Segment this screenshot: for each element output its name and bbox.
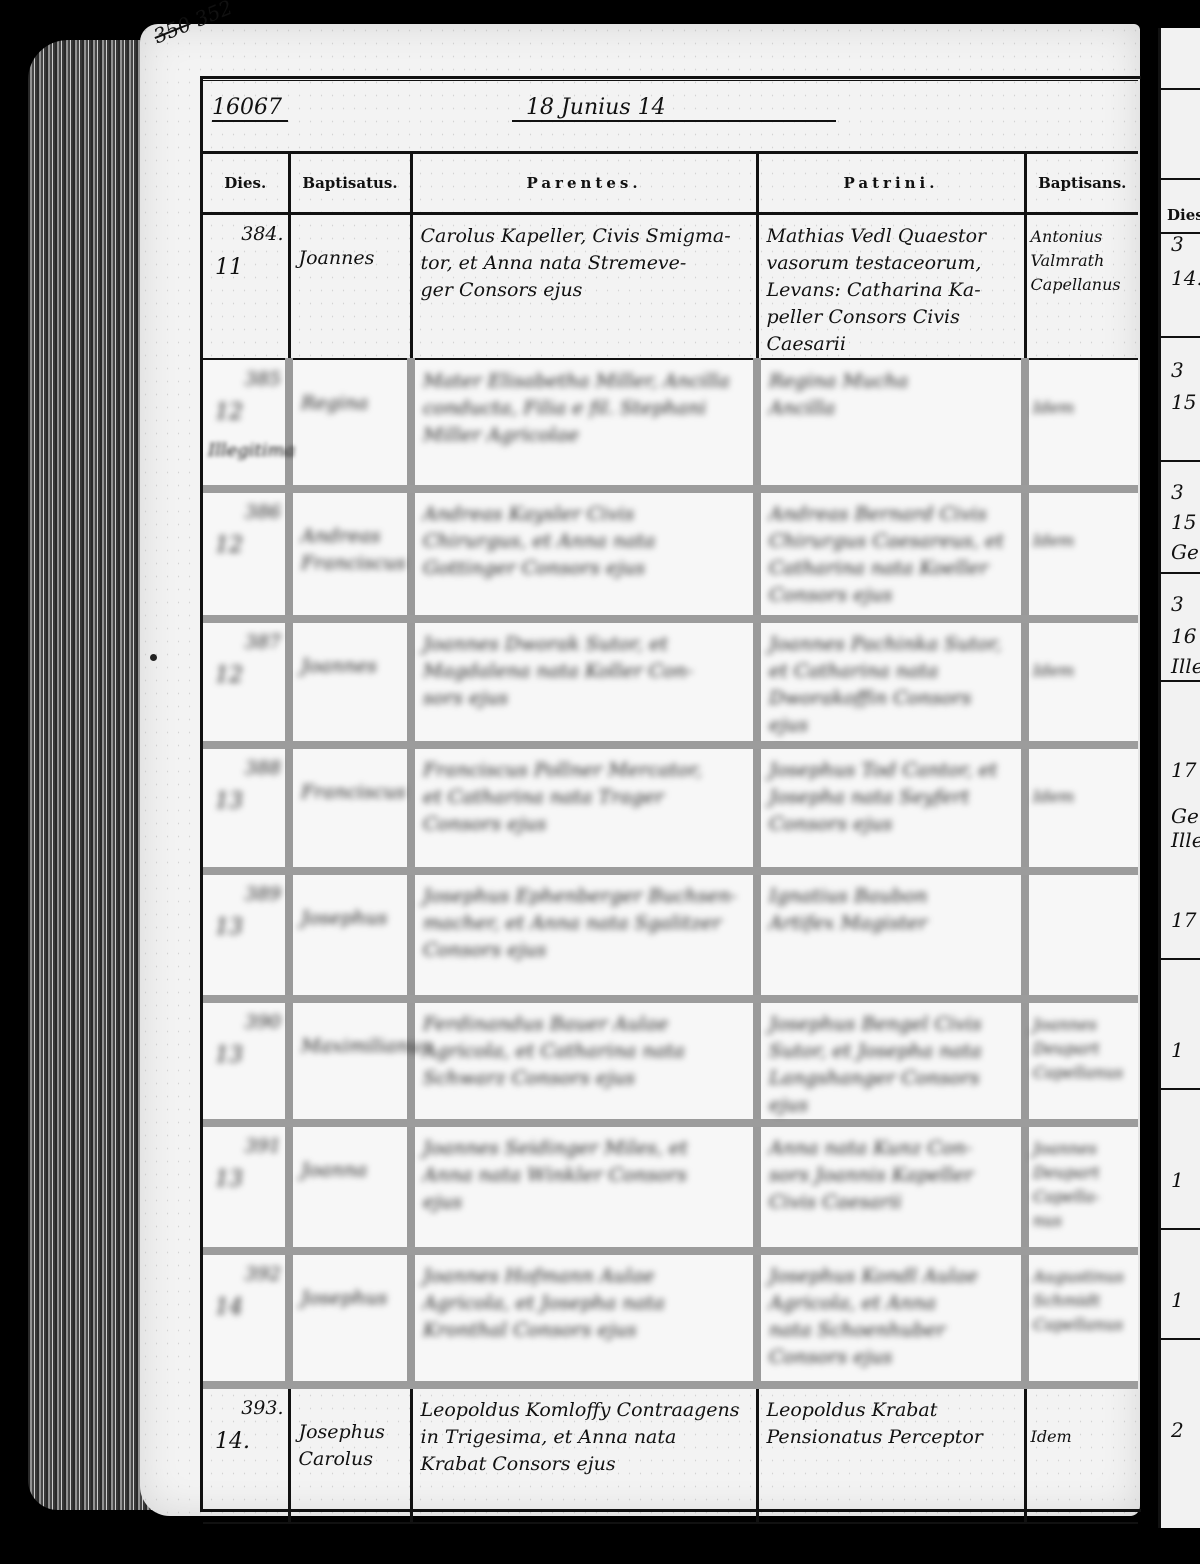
parentes-line: Schwarz Consors ejus xyxy=(423,1065,745,1092)
patrini-line: peller Consors Civis xyxy=(767,304,1016,331)
cell-baptisans xyxy=(1025,871,1138,999)
baptisans-line: Augustinus xyxy=(1033,1265,1134,1289)
table-row: 39113JoannaJoannes Seidinger Miles, etAn… xyxy=(203,1123,1138,1251)
officiant-text xyxy=(1029,875,1138,885)
patrini-line: Levans: Catharina Ka- xyxy=(767,277,1016,304)
godparents-text: Leopoldus KrabatPensionatus Perceptor xyxy=(759,1389,1024,1451)
parentes-line: conducta, Filia e fil. Stephani xyxy=(423,395,745,422)
cell-parentes: Leopoldus Komloffy Contraagensin Trigesi… xyxy=(411,1385,757,1523)
patrini-line: Artifex Magister xyxy=(769,910,1013,937)
cell-baptisatus: Maximilianus xyxy=(289,999,411,1123)
cell-patrini: Ignatius BaubonArtifex Magister xyxy=(757,871,1025,999)
parents-text: Franciscus Pollner Mercator,et Catharina… xyxy=(415,749,753,838)
cell-dies: 38913 xyxy=(203,871,289,999)
parentes-line: Mater Elisabetha Miller, Ancilla xyxy=(423,368,745,395)
parentes-line: Anna nata Winkler Consors xyxy=(423,1162,745,1189)
adjacent-fragment: 17 xyxy=(1171,908,1196,932)
adjacent-fragment: Geme xyxy=(1171,540,1200,564)
baptized-name: Josephus Carolus xyxy=(291,1389,410,1473)
parentes-line: Joannes Dworak Sutor, et xyxy=(423,631,745,658)
table-row: 38813FranciscusFranciscus Pollner Mercat… xyxy=(203,745,1138,871)
godparents-text: Josephus Kondl AulaeAgricola, et Annanat… xyxy=(761,1255,1021,1371)
adjacent-fragment: Gem xyxy=(1171,804,1200,828)
godparents-text: Mathias Vedl Quaestorvasorum testaceorum… xyxy=(759,215,1024,358)
patrini-line: vasorum testaceorum, xyxy=(767,250,1016,277)
godparents-text: Regina MuchaAncilla xyxy=(761,360,1021,422)
patrini-line: Consors ejus xyxy=(769,582,1013,609)
parentes-line: Consors ejus xyxy=(423,937,745,964)
table-row: 38712JoannesJoannes Dworak Sutor, etMagd… xyxy=(203,619,1138,745)
entry-day: 13 xyxy=(203,1033,285,1068)
baptisans-line: Idem xyxy=(1033,659,1134,683)
cell-baptisans: Idem xyxy=(1025,619,1138,745)
baptized-name: Regina xyxy=(293,360,407,417)
entry-day: 13 xyxy=(203,1157,285,1192)
baptism-register-table: Dies. Baptisatus. Parentes. Patrini. Bap… xyxy=(203,151,1138,1524)
patrini-line: Consors ejus xyxy=(769,811,1013,838)
patrini-line: Chirurgus Caesareus, et xyxy=(769,528,1013,555)
adjacent-fragment: 15 xyxy=(1171,390,1196,414)
parents-text: Joannes Seidinger Miles, etAnna nata Win… xyxy=(415,1127,753,1216)
parentes-line: Chirurgus, et Anna nata xyxy=(423,528,745,555)
parents-text: Leopoldus Komloffy Contraagensin Trigesi… xyxy=(413,1389,756,1478)
entry-number: 391 xyxy=(203,1127,285,1157)
parents-text: Carolus Kapeller, Civis Smigma-tor, et A… xyxy=(413,215,756,304)
adjacent-fragment: Ille xyxy=(1171,654,1200,678)
parentes-line: sors ejus xyxy=(423,685,745,712)
cell-baptisatus: Josephus xyxy=(289,1251,411,1385)
cell-baptisatus: Franciscus xyxy=(289,745,411,871)
baptisans-line: Capellanus xyxy=(1031,273,1135,297)
cell-patrini: Regina MuchaAncilla xyxy=(757,359,1025,489)
parentes-line: Magdalena nata Koller Con- xyxy=(423,658,745,685)
cell-baptisans: JoannesDeupartCapella-nus xyxy=(1025,1123,1138,1251)
entry-number: 389 xyxy=(203,875,285,905)
cell-baptisatus: Regina xyxy=(289,359,411,489)
cell-patrini: Mathias Vedl Quaestorvasorum testaceorum… xyxy=(757,214,1025,360)
parentes-line: Agricola, et Catharina nata xyxy=(423,1038,745,1065)
adjacent-fragment: 3 xyxy=(1171,232,1184,256)
godparents-text: Ignatius BaubonArtifex Magister xyxy=(761,875,1021,937)
adjacent-fragment: 1 xyxy=(1171,1038,1184,1062)
patrini-line: Leopoldus Krabat xyxy=(767,1397,1016,1424)
column-header-baptisans: Baptisans. xyxy=(1025,153,1138,214)
parents-text: Andreas Kaysler CivisChirurgus, et Anna … xyxy=(415,493,753,582)
adjacent-fragment: 15 xyxy=(1171,510,1196,534)
officiant-text: AugustinusSchmidtCapellanus xyxy=(1029,1255,1138,1337)
entry-day: 14 xyxy=(203,1285,285,1320)
cell-baptisatus: Joannes xyxy=(289,214,411,360)
patrini-line: Ignatius Baubon xyxy=(769,883,1013,910)
baptized-name: Josephus xyxy=(293,875,407,932)
cell-dies: 39113 xyxy=(203,1123,289,1251)
cell-baptisans: Idem xyxy=(1025,359,1138,489)
entry-number: 393. xyxy=(203,1389,288,1419)
table-row: 38512ReginaMater Elisabetha Miller, Anci… xyxy=(203,359,1138,489)
cell-baptisatus: Josephus Carolus xyxy=(289,1385,411,1523)
patrini-line: Josephus Kondl Aulae xyxy=(769,1263,1013,1290)
paper-hole xyxy=(150,654,157,661)
parentes-line: et Catharina nata Trager xyxy=(423,784,745,811)
cell-baptisans: Idem xyxy=(1025,745,1138,871)
adjacent-fragment: 3 xyxy=(1171,592,1184,616)
baptisans-line: Joannes xyxy=(1033,1137,1134,1161)
patrini-line: nata Schoenhuber xyxy=(769,1317,1013,1344)
cell-parentes: Andreas Kaysler CivisChirurgus, et Anna … xyxy=(411,489,757,619)
patrini-line: Anna nata Kunz Con- xyxy=(769,1135,1013,1162)
baptisans-line: Capellanus xyxy=(1033,1313,1134,1337)
parentes-line: tor, et Anna nata Stremeve- xyxy=(421,250,748,277)
patrini-line: Mathias Vedl Quaestor xyxy=(767,223,1016,250)
table-row: 393.14.Josephus CarolusLeopoldus Komloff… xyxy=(203,1385,1138,1523)
cell-baptisans: AntoniusValmrathCapellanus xyxy=(1025,214,1138,360)
cell-patrini: Josephus Kondl AulaeAgricola, et Annanat… xyxy=(757,1251,1025,1385)
cell-baptisatus: Joanna xyxy=(289,1123,411,1251)
patrini-line: ejus xyxy=(769,1092,1013,1119)
baptisans-line: Capellanus xyxy=(1033,1061,1134,1085)
cell-baptisatus: Andreas Franciscus xyxy=(289,489,411,619)
baptized-name: Joanna xyxy=(293,1127,407,1184)
cell-dies: 38512 xyxy=(203,359,289,489)
cell-parentes: Josephus Ephenberger Buchsen-macher, et … xyxy=(411,871,757,999)
entry-number: 387 xyxy=(203,623,285,653)
entry-day: 11 xyxy=(203,245,288,280)
adjacent-fragment: 1 xyxy=(1171,1288,1184,1312)
baptisans-line: nus xyxy=(1033,1209,1134,1233)
entry-number: 384. xyxy=(203,215,288,245)
entry-number: 388 xyxy=(203,749,285,779)
cell-parentes: Mater Elisabetha Miller, Ancillaconducta… xyxy=(411,359,757,489)
entry-day: 13 xyxy=(203,905,285,940)
parents-text: Mater Elisabetha Miller, Ancillaconducta… xyxy=(415,360,753,449)
patrini-line: Josepha nata Seyfert xyxy=(769,784,1013,811)
patrini-line: sors Joannis Kapeller xyxy=(769,1162,1013,1189)
officiant-text: Idem xyxy=(1029,749,1138,809)
officiant-text: JoannesDeupartCapellanus xyxy=(1029,1003,1138,1085)
godparents-text: Josephus Bengel CivisSutor, et Josepha n… xyxy=(761,1003,1021,1119)
cell-dies: 38712 xyxy=(203,619,289,745)
cell-dies: 393.14. xyxy=(203,1385,289,1523)
parentes-line: Krabat Consors ejus xyxy=(421,1451,748,1478)
entry-number: 385 xyxy=(203,360,285,390)
cell-patrini: Andreas Bernard CivisChirurgus Caesareus… xyxy=(757,489,1025,619)
cell-patrini: Josephus Bengel CivisSutor, et Josepha n… xyxy=(757,999,1025,1123)
margin-note-illegitima: Illegitima xyxy=(208,440,295,461)
frame-double-line xyxy=(203,80,1138,81)
cell-parentes: Joannes Dworak Sutor, etMagdalena nata K… xyxy=(411,619,757,745)
entry-number: 390 xyxy=(203,1003,285,1033)
cell-baptisatus: Joannes xyxy=(289,619,411,745)
godparents-text: Anna nata Kunz Con-sors Joannis Kapeller… xyxy=(761,1127,1021,1216)
baptisans-line: Idem xyxy=(1033,785,1134,809)
parentes-line: Consors ejus xyxy=(423,811,745,838)
parentes-line: Miller Agricolae xyxy=(423,422,745,449)
column-header-dies: Dies. xyxy=(203,153,289,214)
entry-number: 392 xyxy=(203,1255,285,1285)
baptisans-line: Idem xyxy=(1031,1425,1135,1449)
patrini-line: Ancilla xyxy=(769,395,1013,422)
cell-baptisans: Idem xyxy=(1025,1385,1138,1523)
parentes-line: ger Consors ejus xyxy=(421,277,748,304)
cell-dies: 384.11 xyxy=(203,214,289,360)
baptisans-line: Schmidt xyxy=(1033,1289,1134,1313)
book-page-edges xyxy=(28,40,158,1510)
adjacent-fragment: 1 xyxy=(1171,1168,1184,1192)
patrini-line: Caesarii xyxy=(767,331,1016,358)
cell-parentes: Joannes Seidinger Miles, etAnna nata Win… xyxy=(411,1123,757,1251)
baptisans-line: Idem xyxy=(1033,529,1134,553)
adjacent-fragment: Illeg xyxy=(1171,828,1200,852)
patrini-line: Josephus Tod Cantor, et xyxy=(769,757,1013,784)
parentes-line: macher, et Anna nata Sgalitzer xyxy=(423,910,745,937)
patrini-line: Joannes Pachinka Sutor, xyxy=(769,631,1013,658)
parentes-line: Carolus Kapeller, Civis Smigma- xyxy=(421,223,748,250)
parents-text: Ferdinandus Bauer AulaeAgricola, et Cath… xyxy=(415,1003,753,1092)
adjacent-fragment: 3 xyxy=(1171,358,1184,382)
cell-parentes: Franciscus Pollner Mercator,et Catharina… xyxy=(411,745,757,871)
patrini-line: Catharina nata Koeller xyxy=(769,555,1013,582)
cell-patrini: Josephus Tod Cantor, etJosepha nata Seyf… xyxy=(757,745,1025,871)
parentes-line: Ferdinandus Bauer Aulae xyxy=(423,1011,745,1038)
patrini-line: Consors ejus xyxy=(769,1344,1013,1371)
patrini-line: Sutor, et Josepha nata xyxy=(769,1038,1013,1065)
column-header-parentes: Parentes. xyxy=(411,153,757,214)
patrini-line: Andreas Bernard Civis xyxy=(769,501,1013,528)
patrini-line: Pensionatus Perceptor xyxy=(767,1424,1016,1451)
table-row: 39013MaximilianusFerdinandus Bauer Aulae… xyxy=(203,999,1138,1123)
parentes-line: Joannes Hofmann Aulae xyxy=(423,1263,745,1290)
officiant-text: Idem xyxy=(1029,360,1138,420)
parents-text: Joannes Dworak Sutor, etMagdalena nata K… xyxy=(415,623,753,712)
baptized-name: Maximilianus xyxy=(293,1003,407,1060)
godparents-text: Joannes Pachinka Sutor,et Catharina nata… xyxy=(761,623,1021,739)
patrini-line: Josephus Bengel Civis xyxy=(769,1011,1013,1038)
cell-parentes: Joannes Hofmann AulaeAgricola, et Joseph… xyxy=(411,1251,757,1385)
column-header-baptisatus: Baptisatus. xyxy=(289,153,411,214)
cell-baptisans: AugustinusSchmidtCapellanus xyxy=(1025,1251,1138,1385)
patrini-line: ejus xyxy=(769,712,1013,739)
parentes-line: Leopoldus Komloffy Contraagens xyxy=(421,1397,748,1424)
adjacent-page: Dies. 3 14. 3 15 3 15 Geme 3 16 Ille 17 … xyxy=(1158,28,1200,1528)
entry-day: 14. xyxy=(203,1419,288,1454)
cell-parentes: Carolus Kapeller, Civis Smigma-tor, et A… xyxy=(411,214,757,360)
officiant-text: Idem xyxy=(1029,493,1138,553)
parentes-line: in Trigesima, et Anna nata xyxy=(421,1424,748,1451)
adjacent-fragment: 16 xyxy=(1171,624,1196,648)
entry-number: 386 xyxy=(203,493,285,523)
column-header-patrini: Patrini. xyxy=(757,153,1025,214)
header-date: 18 Junius 14 xyxy=(512,96,836,122)
parentes-line: ejus xyxy=(423,1189,745,1216)
cell-dies: 38612 xyxy=(203,489,289,619)
cell-baptisans: Idem xyxy=(1025,489,1138,619)
adjacent-fragment: 2 xyxy=(1171,1418,1184,1442)
parentes-line: Kronthal Consors ejus xyxy=(423,1317,745,1344)
parents-text: Josephus Ephenberger Buchsen-macher, et … xyxy=(415,875,753,964)
entry-day: 12 xyxy=(203,523,285,558)
patrini-line: Langshanger Consors xyxy=(769,1065,1013,1092)
baptisans-line: Deupart xyxy=(1033,1037,1134,1061)
parentes-line: Josephus Ephenberger Buchsen- xyxy=(423,883,745,910)
officiant-text: Idem xyxy=(1029,623,1138,683)
adjacent-fragment: 17 xyxy=(1171,758,1196,782)
cell-patrini: Joannes Pachinka Sutor,et Catharina nata… xyxy=(757,619,1025,745)
parentes-line: Andreas Kaysler Civis xyxy=(423,501,745,528)
cell-baptisans: JoannesDeupartCapellanus xyxy=(1025,999,1138,1123)
officiant-text: AntoniusValmrathCapellanus xyxy=(1027,215,1139,297)
table-row: 39214JosephusJoannes Hofmann AulaeAgrico… xyxy=(203,1251,1138,1385)
cell-patrini: Anna nata Kunz Con-sors Joannis Kapeller… xyxy=(757,1123,1025,1251)
parents-text: Joannes Hofmann AulaeAgricola, et Joseph… xyxy=(415,1255,753,1344)
godparents-text: Andreas Bernard CivisChirurgus Caesareus… xyxy=(761,493,1021,609)
entry-day: 13 xyxy=(203,779,285,814)
table-row: 384.11JoannesCarolus Kapeller, Civis Smi… xyxy=(203,214,1138,360)
adjacent-fragment: 14. xyxy=(1171,266,1200,290)
entry-day: 12 xyxy=(203,653,285,688)
entry-day: 12 xyxy=(203,390,285,425)
patrini-line: Civis Caesarii xyxy=(769,1189,1013,1216)
parentes-line: Gottinger Consors ejus xyxy=(423,555,745,582)
parentes-line: Joannes Seidinger Miles, et xyxy=(423,1135,745,1162)
baptisans-line: Antonius xyxy=(1031,225,1135,249)
table-row: 38913JosephusJosephus Ephenberger Buchse… xyxy=(203,871,1138,999)
baptized-name: Joannes xyxy=(293,623,407,680)
cell-parentes: Ferdinandus Bauer AulaeAgricola, et Cath… xyxy=(411,999,757,1123)
baptisans-line: Capella- xyxy=(1033,1185,1134,1209)
parentes-line: Franciscus Pollner Mercator, xyxy=(423,757,745,784)
cell-dies: 39013 xyxy=(203,999,289,1123)
cell-dies: 38813 xyxy=(203,745,289,871)
patrini-line: Agricola, et Anna xyxy=(769,1290,1013,1317)
parentes-line: Agricola, et Josepha nata xyxy=(423,1290,745,1317)
baptized-name: Franciscus xyxy=(293,749,407,806)
baptized-name: Josephus xyxy=(293,1255,407,1312)
cell-patrini: Leopoldus KrabatPensionatus Perceptor xyxy=(757,1385,1025,1523)
adjacent-column-header: Dies. xyxy=(1167,206,1200,224)
officiant-text: Idem xyxy=(1027,1389,1139,1449)
baptisans-line: Idem xyxy=(1033,396,1134,420)
table-header-row: Dies. Baptisatus. Parentes. Patrini. Bap… xyxy=(203,153,1138,214)
baptisans-line: Deupart xyxy=(1033,1161,1134,1185)
patrini-line: et Catharina nata xyxy=(769,658,1013,685)
patrini-line: Regina Mucha xyxy=(769,368,1013,395)
table-row: 38612Andreas FranciscusAndreas Kaysler C… xyxy=(203,489,1138,619)
register-number: 16067 xyxy=(212,96,288,122)
baptisans-line: Valmrath xyxy=(1031,249,1135,273)
cell-baptisatus: Josephus xyxy=(289,871,411,999)
godparents-text: Josephus Tod Cantor, etJosepha nata Seyf… xyxy=(761,749,1021,838)
baptized-name: Joannes xyxy=(291,215,410,272)
adjacent-fragment: 3 xyxy=(1171,480,1184,504)
baptized-name: Andreas Franciscus xyxy=(293,493,407,577)
baptisans-line: Joannes xyxy=(1033,1013,1134,1037)
patrini-line: Dworakoffin Consors xyxy=(769,685,1013,712)
cell-dies: 39214 xyxy=(203,1251,289,1385)
officiant-text: JoannesDeupartCapella-nus xyxy=(1029,1127,1138,1233)
